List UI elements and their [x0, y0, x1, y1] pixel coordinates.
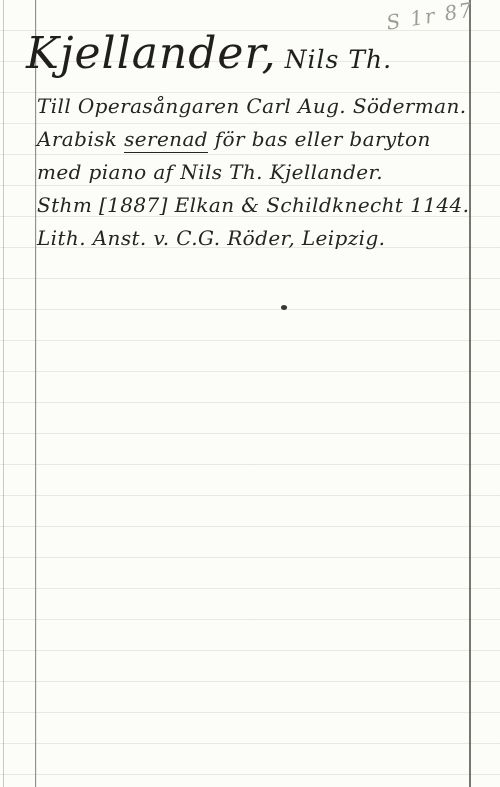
- title-prefix: Arabisk: [37, 127, 124, 151]
- left-edge-rule: [3, 0, 4, 787]
- imprint-line: Sthm [1887] Elkan & Schildknecht 1144.: [37, 189, 469, 222]
- title-suffix: för bas eller baryton: [208, 127, 431, 151]
- ink-blot-dot: [280, 304, 287, 311]
- left-margin-rule: [35, 0, 36, 787]
- title-underlined-word: serenad: [124, 127, 208, 153]
- title-continuation-line: med piano af Nils Th. Kjellander.: [37, 156, 469, 189]
- heading-forenames: Nils Th.: [277, 45, 392, 74]
- pencil-shelfmark-note: S 1r 87: [385, 0, 476, 35]
- heading-surname: Kjellander,: [26, 28, 277, 79]
- heading-author: Kjellander,Nils Th.: [26, 28, 392, 79]
- printer-line: Lith. Anst. v. C.G. Röder, Leipzig.: [37, 222, 469, 255]
- catalog-card-scan: S 1r 87 Kjellander,Nils Th. Till Operaså…: [0, 0, 500, 787]
- handwritten-entry: Till Operasångaren Carl Aug. Söderman. A…: [37, 90, 469, 255]
- dedication-line: Till Operasångaren Carl Aug. Söderman.: [37, 90, 469, 123]
- title-line: Arabisk serenad för bas eller baryton: [37, 123, 469, 156]
